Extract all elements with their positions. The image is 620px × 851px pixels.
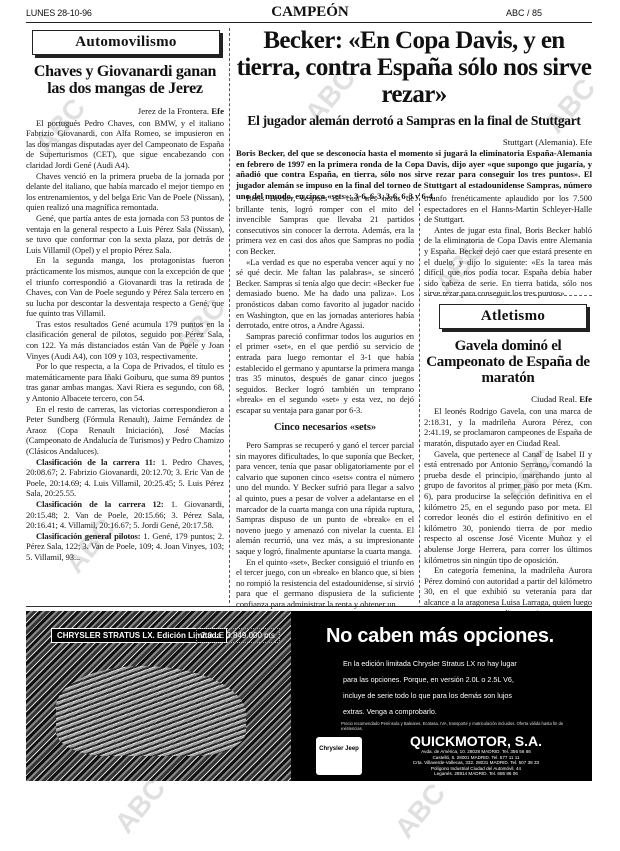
paragraph: Sampras pareció confirmar todos los augu… [236,331,414,416]
ad-body-line: En la edición limitada Chrysler Stratus … [343,659,517,668]
motorsport-byline: Jerez de la Frontera. Efe [26,106,224,116]
paragraph: Pero Sampras se recuperó y ganó el terce… [236,440,414,557]
paragraph: En el resto de carreras, las victorias c… [26,404,224,457]
tennis-column-1: Boris Becker, después de casi tres horas… [236,193,414,610]
motorsport-body: El portugués Pedro Chaves, con BMW, y el… [26,118,224,563]
tennis-column-2: triunfo frenéticamente aplaudido por los… [424,193,592,299]
tennis-subheadline: El jugador alemán derrotó a Sampras en l… [236,114,592,128]
chrysler-advertisement[interactable]: CHRYSLER STRATUS LX. Edición Limitada 2.… [26,611,592,781]
ad-fine-print: Precio recomendado Península y Baleares.… [341,721,571,731]
paragraph: En la segunda manga, los protagonistas f… [26,255,224,319]
athletics-headline: Gavela dominó el Campeonato de España de… [424,339,592,386]
dealer-address: Leganés. 28914 MADRID. Tel. 686 86 06 [386,771,566,777]
paragraph: Por lo que respecta, a la Copa de Privad… [26,361,224,403]
ad-body-line: incluye de serie todo lo que para los de… [343,691,512,700]
dealer-info: QUICKMOTOR, S.A. Avda. de América, 10. 2… [386,733,566,777]
watermark: ABC [109,772,173,839]
page-number: ABC / 85 [506,8,542,18]
ad-body-line: extras. Venga a comprobarlo. [343,707,437,716]
athletics-body: El leonés Rodrigo Gavela, con una marca … [424,406,592,628]
paragraph: Chaves venció en la primera prueba de la… [26,171,224,213]
header-rule [26,22,592,23]
section-label-motorsport: Automovilismo [32,30,220,55]
dealer-address: Crta. Villaverde-Vallecas, 332. 28031 MA… [386,760,566,766]
ad-headline: No caben más opciones. [326,625,554,648]
tennis-byline: Stuttgart (Alemania). Efe [236,137,592,147]
tennis-headline: Becker: «En Copa Davis, y en tierra, con… [236,27,592,108]
column-divider [229,28,230,603]
paragraph: En el quinto «set», Becker consiguió el … [236,557,414,610]
ad-body-line: para las opciones. Porque, en versión 2.… [343,675,514,684]
ad-divider [26,606,592,608]
dealer-name: QUICKMOTOR, S.A. [386,733,566,749]
tennis-subhead: Cinco necesarios «sets» [236,423,414,434]
paragraph: Gené, que partía antes de esta jornada c… [26,213,224,255]
agency: Efe [211,106,224,116]
section-divider [424,295,592,297]
column-divider [419,193,420,603]
dealer-logo: Chrysler Jeep [316,737,362,775]
result-entry: Clasificación de la carrera 12: 1. Giova… [26,499,224,531]
section-label-athletics: Atletismo [439,304,587,329]
paragraph: «La verdad es que no esperaba vencer aqu… [236,257,414,331]
athletics-byline: Ciudad Real. Efe [424,394,592,404]
watermark: ABC [389,777,453,844]
result-entry: Clasificación de la carrera 11: 1. Pedro… [26,457,224,499]
paragraph: Boris Becker, después de casi tres horas… [236,193,414,257]
tennis-article: Becker: «En Copa Davis, y en tierra, con… [236,27,592,201]
ad-price: 2.0 LE 3.849.000 pts [196,628,280,643]
paragraph: El leonés Rodrigo Gavela, con una marca … [424,406,592,448]
paragraph: triunfo frenéticamente aplaudido por los… [424,193,592,225]
paragraph: Antes de jugar esta final, Boris Becker … [424,225,592,299]
dateline: Jerez de la Frontera. [138,106,209,116]
paragraph: El portugués Pedro Chaves, con BMW, y el… [26,118,224,171]
result-entry: Clasificación general pilotos: 1. Gené, … [26,531,224,563]
motorsport-article: Automovilismo Chaves y Giovanardi ganan … [26,30,224,563]
motorsport-headline: Chaves y Giovanardi ganan las dos mangas… [26,64,224,98]
paragraph: Gavela, que pertenece al Canal de Isabel… [424,449,592,566]
paragraph: Tras estos resultados Gené acumula 179 p… [26,319,224,361]
athletics-article: Atletismo Gavela dominó el Campeonato de… [424,304,592,629]
